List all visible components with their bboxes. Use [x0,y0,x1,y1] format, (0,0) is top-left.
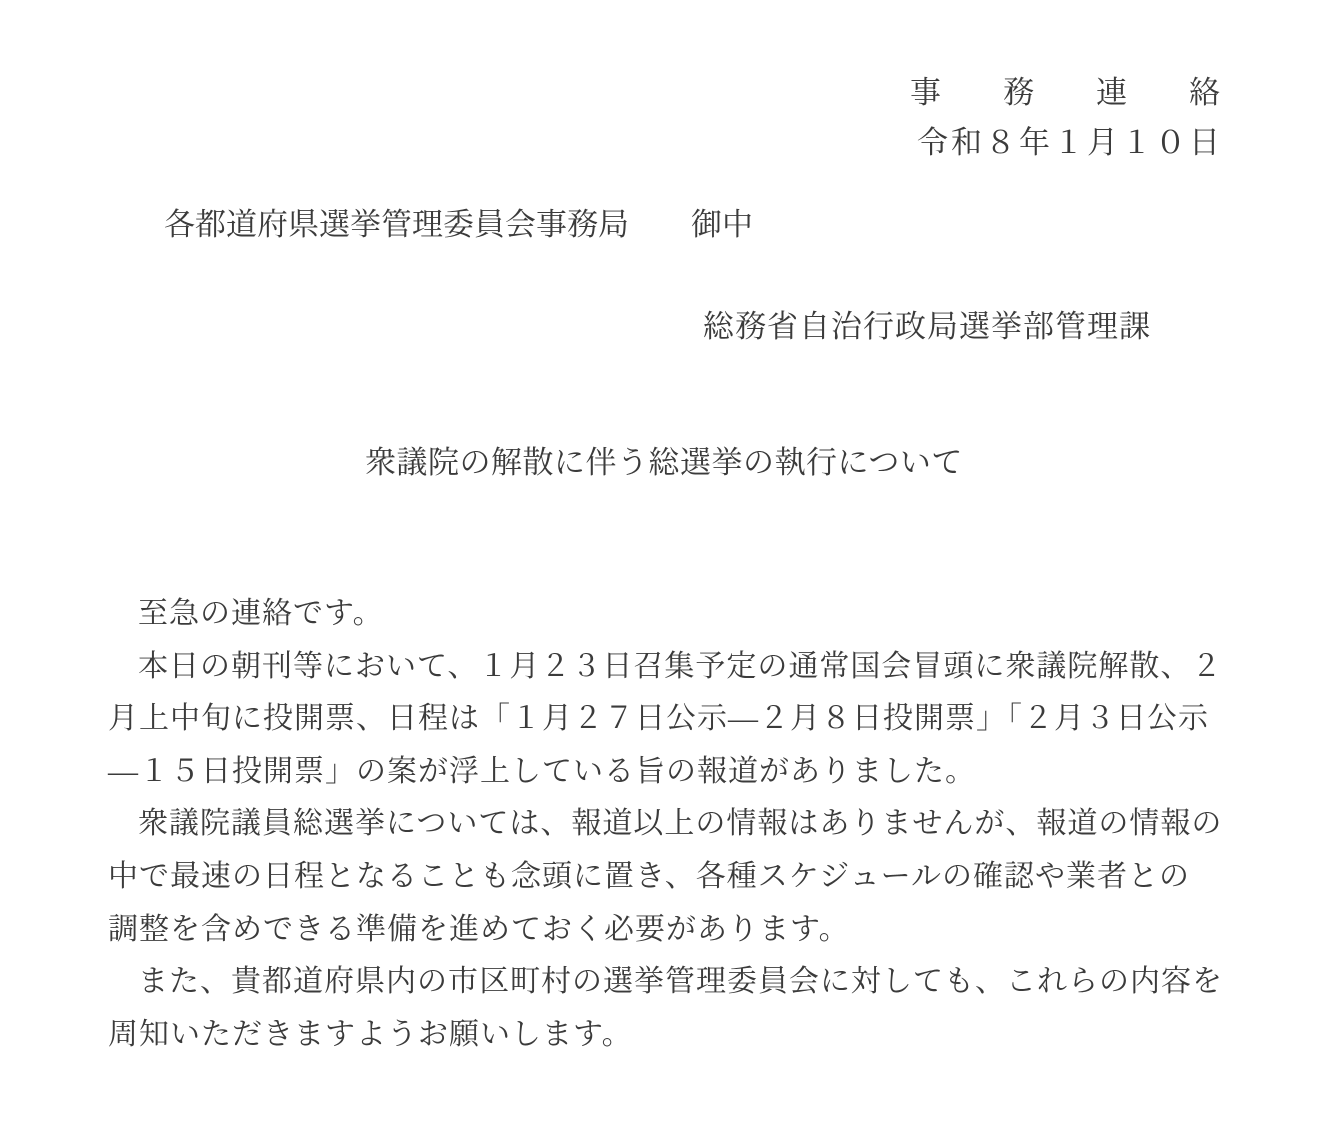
addressee-line: 各都道府県選挙管理委員会事務局 御中 [164,205,753,245]
document-header: 事 務 連 絡 令和８年１月１０日 [910,68,1220,168]
body-line: 至急の連絡です。 [108,588,1220,641]
body-line: 中で最速の日程となることも念頭に置き、各種スケジュールの確認や業者との [108,851,1220,904]
document-page: 事 務 連 絡 令和８年１月１０日 各都道府県選挙管理委員会事務局 御中 総務省… [0,0,1328,1121]
body-line: ―１５日投開票」の案が浮上している旨の報道がありました。 [108,746,1220,799]
body-line: 周知いただきますようお願いします。 [108,1009,1220,1062]
doc-date: 令和８年１月１０日 [910,118,1223,168]
sender-line: 総務省自治行政局選挙部管理課 [703,307,1151,347]
body-line: 衆議院議員総選挙については、報道以上の情報はありませんが、報道の情報の [108,798,1220,851]
body-line: 調整を含めできる準備を進めておく必要があります。 [108,904,1220,957]
doc-type-label: 事 務 連 絡 [910,68,1220,118]
body-line: 本日の朝刊等において、１月２３日召集予定の通常国会冒頭に衆議院解散、２ [108,641,1220,694]
document-body: 至急の連絡です。 本日の朝刊等において、１月２３日召集予定の通常国会冒頭に衆議院… [108,588,1220,1061]
body-line: 月上中旬に投開票、日程は「１月２７日公示―２月８日投開票」「２月３日公示 [108,693,1220,746]
document-title: 衆議院の解散に伴う総選挙の執行について [0,443,1328,483]
body-line: また、貴都道府県内の市区町村の選挙管理委員会に対しても、これらの内容を [108,956,1220,1009]
